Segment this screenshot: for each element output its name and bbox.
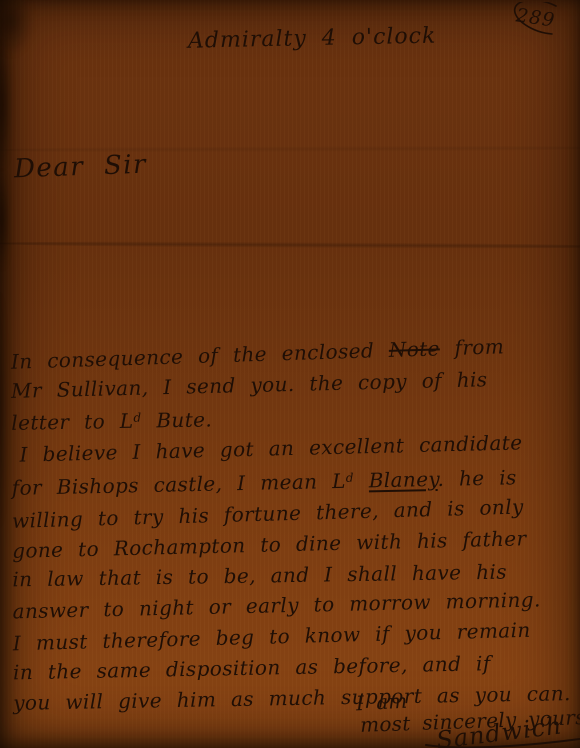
letter-word-strike: Note xyxy=(388,336,440,362)
letter-text: Bute. xyxy=(141,407,212,432)
letter-text xyxy=(354,469,369,493)
letter-text: in the same disposition as before, and i… xyxy=(13,651,491,684)
letter-heading: Admiralty 4 o'clock xyxy=(188,23,448,53)
letter-text: letter to L xyxy=(11,408,134,434)
letter-body: In consequence of the enclosed Note from… xyxy=(11,336,574,715)
page-number-badge: 289 xyxy=(494,2,574,44)
salutation: Dear Sir xyxy=(14,150,148,185)
letter-text: from xyxy=(439,334,504,360)
edge-stain xyxy=(0,170,10,270)
letter-text: for Bishops castle, I mean L xyxy=(12,469,347,500)
letter-word-underline: Blaney xyxy=(368,467,437,492)
fold-crease xyxy=(0,240,580,249)
letter-page: 289 Admiralty 4 o'clock Dear Sir In cons… xyxy=(0,0,580,748)
signature-flourish xyxy=(424,738,580,748)
letter-text: . he is xyxy=(437,465,517,491)
edge-stain xyxy=(0,290,6,530)
corner-stain xyxy=(0,0,34,56)
